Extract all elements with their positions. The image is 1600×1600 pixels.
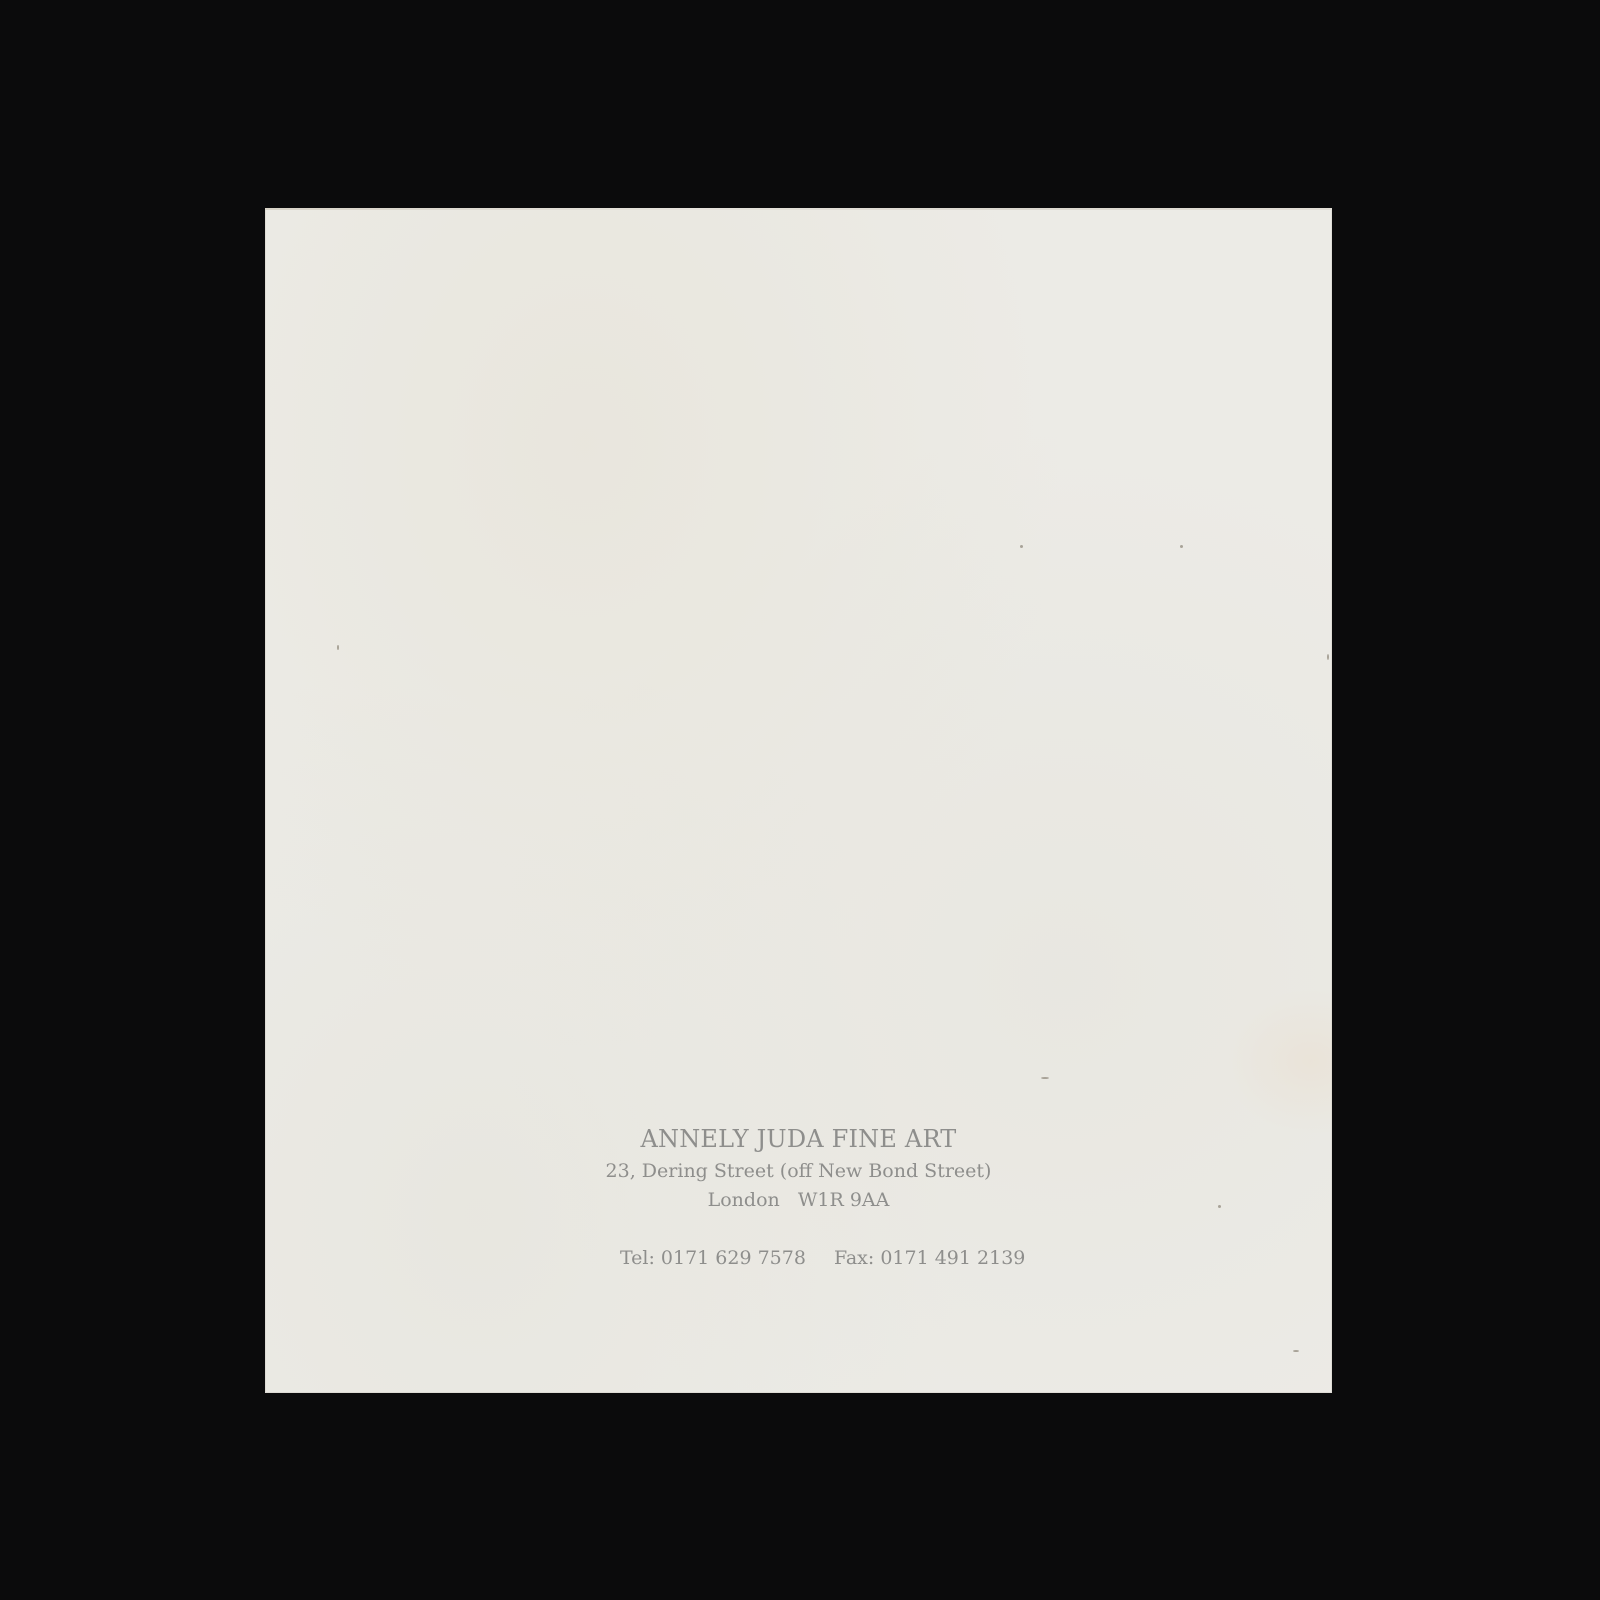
catalogue-back-cover: ANNELY JUDA FINE ART 23, Dering Street (…: [265, 208, 1332, 1393]
gallery-name: ANNELY JUDA FINE ART: [265, 1124, 1332, 1154]
gallery-fax: Fax: 0171 491 2139: [834, 1247, 1025, 1269]
paper-speck: [1020, 545, 1023, 548]
gallery-imprint: ANNELY JUDA FINE ART 23, Dering Street (…: [265, 1124, 1332, 1302]
paper-speck: [337, 645, 339, 650]
gallery-contact: Tel: 0171 629 7578Fax: 0171 491 2139: [265, 1215, 1332, 1302]
gallery-address: 23, Dering Street (off New Bond Street): [265, 1157, 1332, 1186]
paper-speck: [1293, 1350, 1299, 1352]
gallery-telephone: Tel: 0171 629 7578: [620, 1247, 806, 1269]
paper-speck: [1327, 654, 1329, 660]
scan-background: ANNELY JUDA FINE ART 23, Dering Street (…: [0, 0, 1600, 1600]
gallery-city-postcode: London W1R 9AA: [265, 1186, 1332, 1215]
paper-speck: [1180, 545, 1183, 548]
paper-speck: [1041, 1077, 1049, 1079]
paper-top-edge: [265, 208, 1332, 210]
